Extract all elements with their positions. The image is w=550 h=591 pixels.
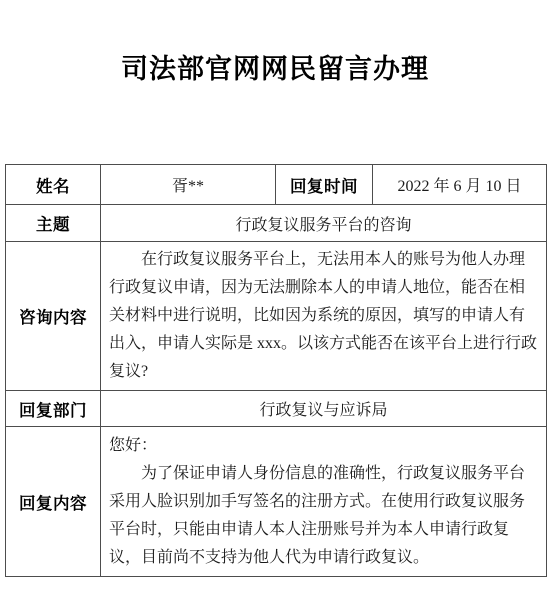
reply-time-value: 2022 年 6 月 10 日 [373,165,547,205]
inquiry-content: 在行政复议服务平台上，无法用本人的账号为他人办理行政复议申请，因为无法删除本人的… [101,242,547,391]
reply-content-label: 回复内容 [6,427,101,577]
inquiry-paragraph: 在行政复议服务平台上，无法用本人的账号为他人办理行政复议申请，因为无法删除本人的… [109,246,538,386]
table-row-subject: 主题 行政复议服务平台的咨询 [6,205,547,242]
page-title: 司法部官网网民留言办理 [0,47,550,86]
subject-label: 主题 [6,205,101,242]
subject-value: 行政复议服务平台的咨询 [101,205,547,242]
name-label: 姓名 [6,165,101,205]
reply-greeting: 您好： [109,432,538,460]
table-row-name-time: 姓名 胥** 回复时间 2022 年 6 月 10 日 [6,165,547,205]
reply-time-label: 回复时间 [276,165,373,205]
table-row-reply-content: 回复内容 您好： 为了保证申请人身份信息的准确性，行政复议服务平台采用人脸识别加… [6,427,547,577]
message-reply-table: 姓名 胥** 回复时间 2022 年 6 月 10 日 主题 行政复议服务平台的… [5,164,547,577]
document-page: { "doc": { "title": "司法部官网网民留言办理" }, "ta… [0,0,550,591]
name-value: 胥** [101,165,276,205]
inquiry-label: 咨询内容 [6,242,101,391]
reply-dept-value: 行政复议与应诉局 [101,391,547,427]
reply-dept-label: 回复部门 [6,391,101,427]
table-row-reply-dept: 回复部门 行政复议与应诉局 [6,391,547,427]
table-row-inquiry: 咨询内容 在行政复议服务平台上，无法用本人的账号为他人办理行政复议申请，因为无法… [6,242,547,391]
reply-content: 您好： 为了保证申请人身份信息的准确性，行政复议服务平台采用人脸识别加手写签名的… [101,427,547,577]
reply-paragraph: 为了保证申请人身份信息的准确性，行政复议服务平台采用人脸识别加手写签名的注册方式… [109,460,538,572]
